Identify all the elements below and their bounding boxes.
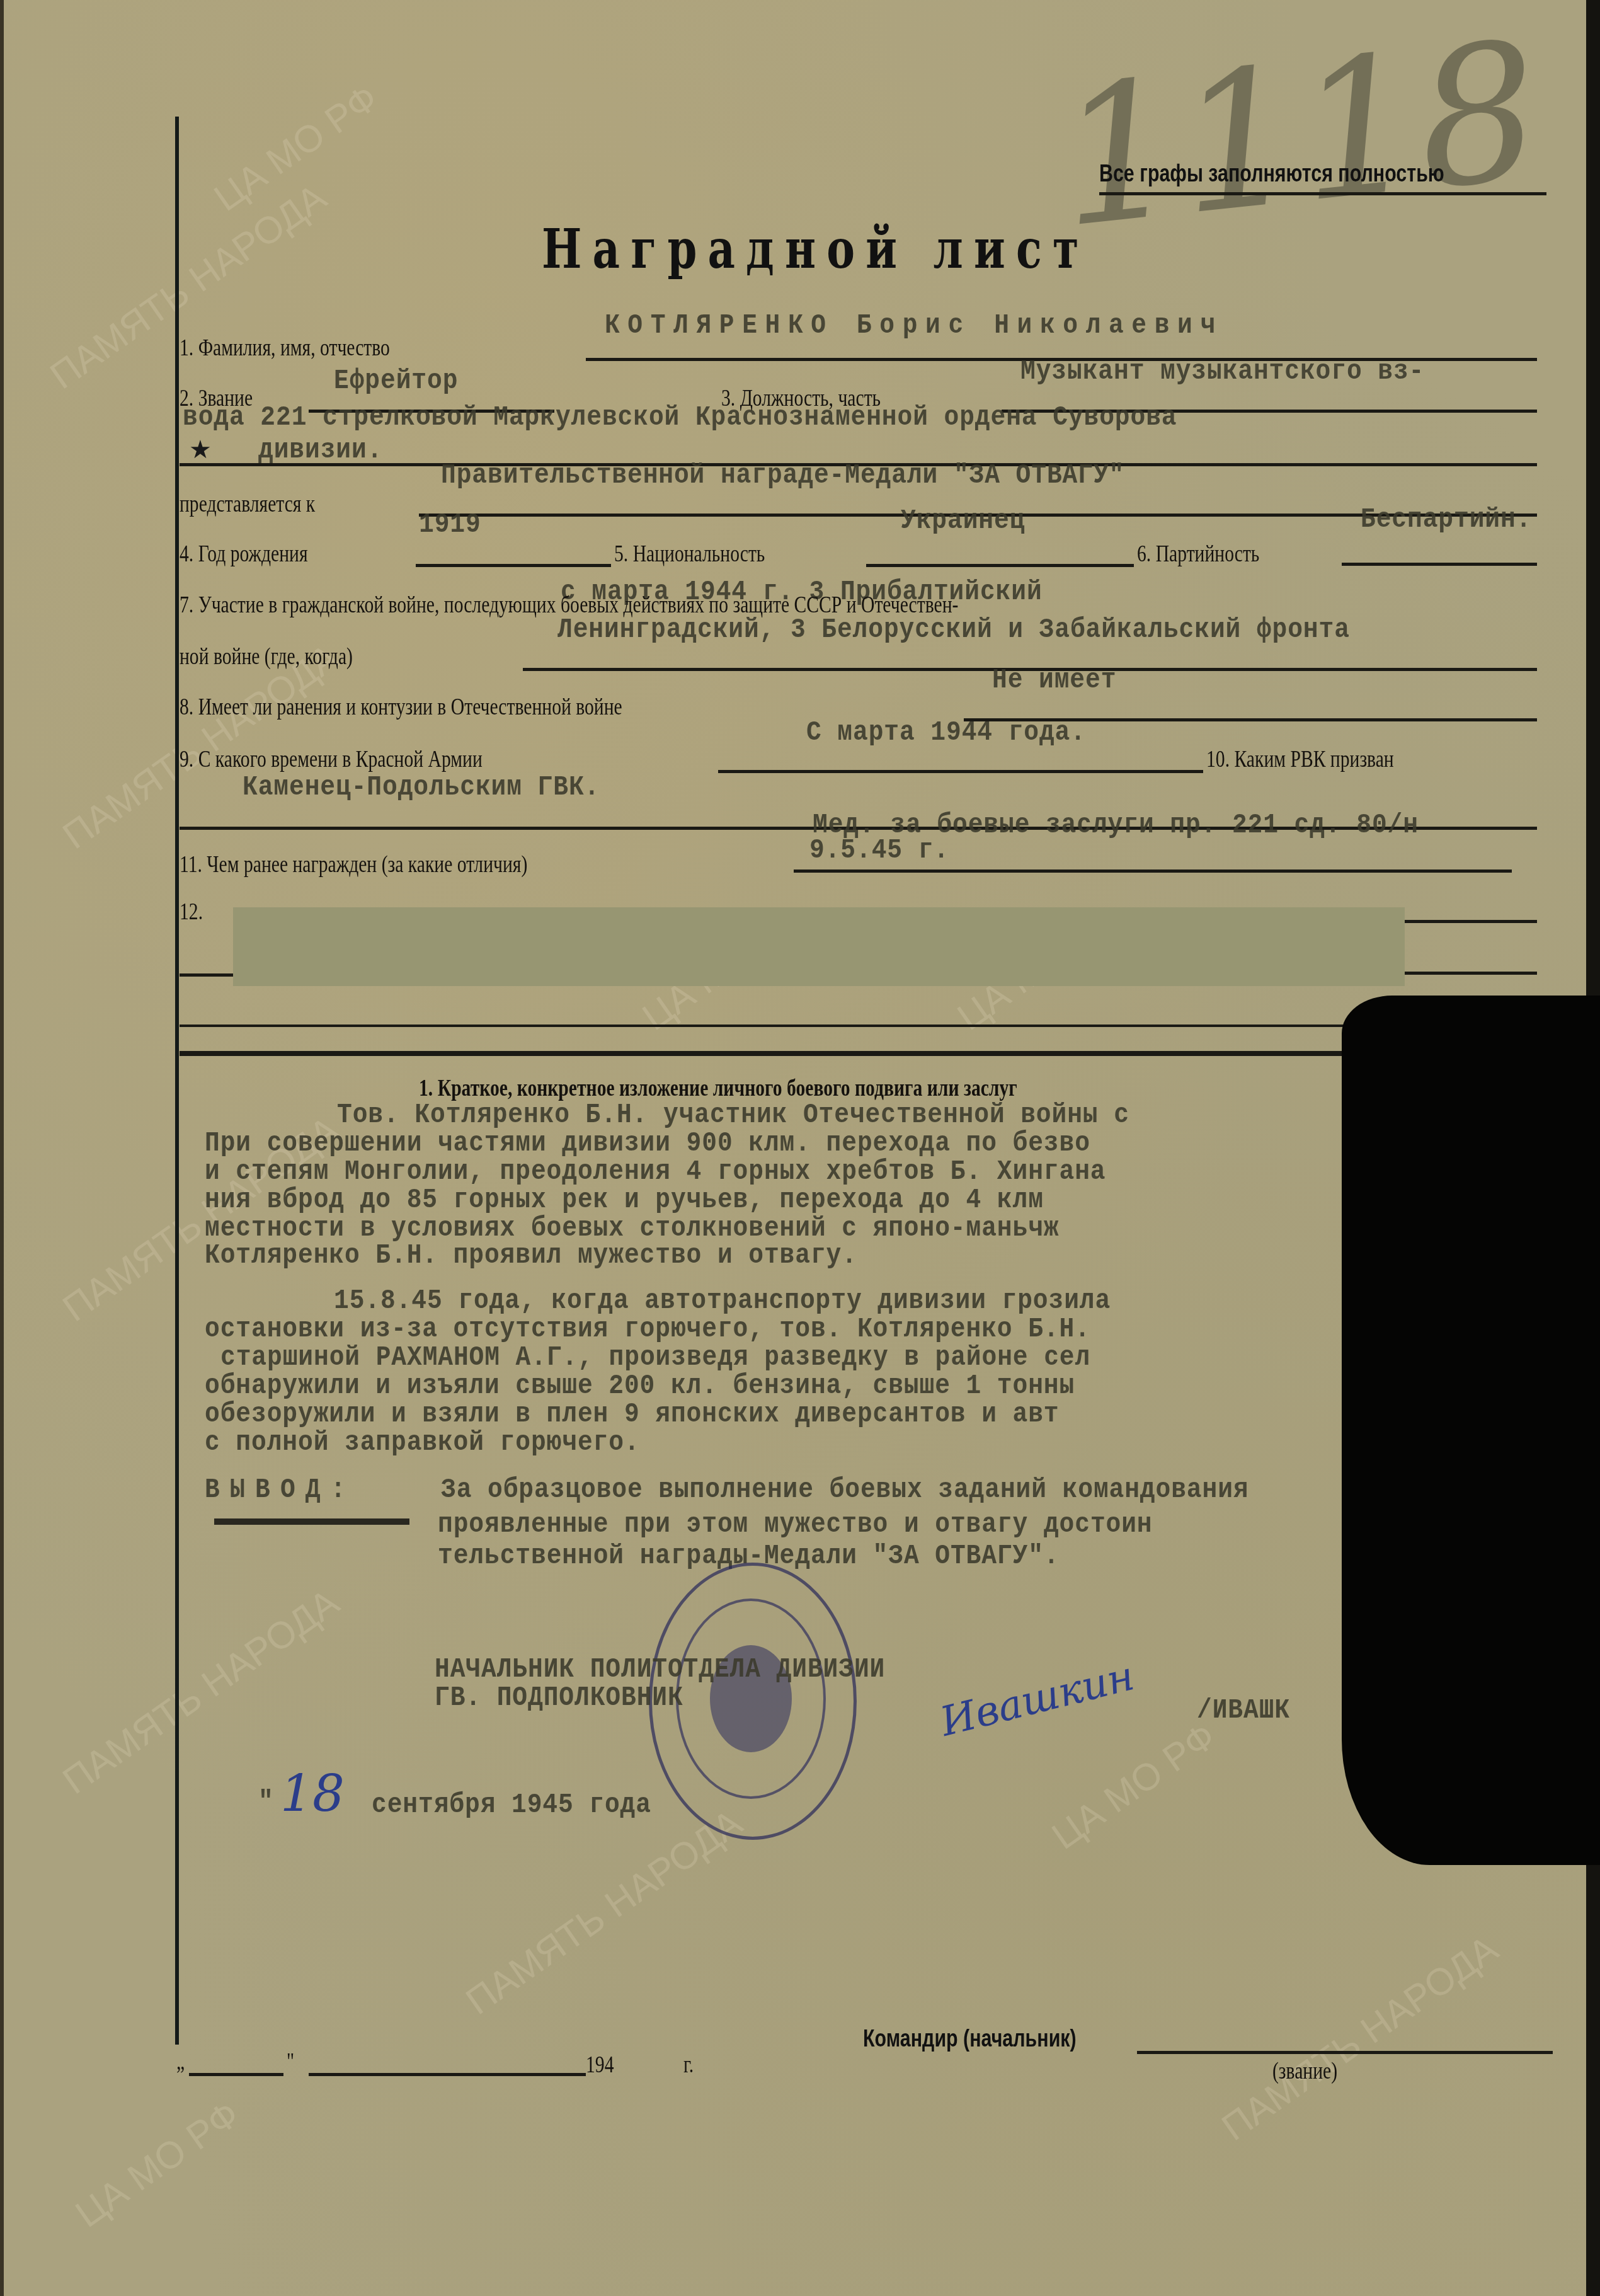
field-11-value-line2: 9.5.45 г. [809, 835, 949, 866]
section-heading: 1. Краткое, конкретное изложение личного… [419, 1074, 1017, 1102]
notice-text: Все графы заполняются полностью [1099, 161, 1444, 188]
field-1-label: 1. Фамилия, имя, отчество [180, 334, 390, 362]
field-12-line-2a [180, 973, 233, 977]
conclusion-line: проявленные при этом мужество и отвагу д… [438, 1509, 1153, 1541]
narrative-line: обезоружили и взяли в плен 9 японских ди… [205, 1399, 1060, 1430]
field-3-value-line3: дивизии. [258, 435, 382, 466]
field-8-label: 8. Имеет ли ранения и контузии в Отечест… [180, 693, 622, 721]
footer-year-prefix: 194 [586, 2051, 614, 2079]
footer-quote-open: „ [176, 2048, 185, 2075]
notice-underline [1099, 192, 1546, 195]
ink-blot-redaction [1342, 996, 1600, 1865]
signatory-name: /ИВАШК [1197, 1695, 1290, 1726]
field-4-value: 1919 [419, 509, 481, 541]
commander-rank-line [1137, 2051, 1553, 2054]
nominated-value: Правительственной награде-Медали "ЗА ОТВ… [441, 460, 1124, 491]
date-rest: сентября 1945 года [372, 1789, 651, 1821]
signature-title-line1: НАЧАЛЬНИК ПОЛИТОТДЕЛА ДИВИЗИИ [435, 1654, 885, 1685]
field-5-line [866, 564, 1134, 567]
field-4-label: 4. Год рождения [180, 540, 308, 568]
scan-edge-left [0, 0, 4, 2296]
narrative-line: обнаружили и изъяли свыше 200 кл. бензин… [205, 1370, 1075, 1402]
narrative-line: 15.8.45 года, когда автотранспорту дивиз… [334, 1285, 1111, 1317]
field-4-line [416, 564, 611, 567]
narrative-line: При совершении частями дивизии 900 клм. … [205, 1128, 1090, 1159]
conclusion-line: За образцовое выполнение боевых заданий … [441, 1474, 1249, 1506]
field-12-line [1405, 920, 1537, 923]
narrative-line: и степям Монголии, преодоления 4 горных … [205, 1156, 1106, 1188]
signature-title-line2: ГВ. ПОДПОЛКОВНИК [435, 1682, 683, 1714]
field-2-value: Ефрейтор [334, 365, 458, 397]
conclusion-underline [214, 1518, 409, 1525]
narrative-line: старшиной РАХМАНОМ А.Г., произведя разве… [220, 1342, 1090, 1374]
stamp-inner-ring [676, 1599, 826, 1799]
footer-month-line [309, 2073, 586, 2076]
commander-label: Командир (начальник) [863, 2026, 1077, 2053]
footer-day-line [189, 2073, 283, 2076]
nominated-label: представляется к [180, 490, 315, 518]
field-11-label: 11. Чем ранее награжден (за какие отличи… [180, 851, 527, 878]
footer-year-suffix: г. [683, 2051, 694, 2079]
conclusion-label: ВЫВОД: [205, 1474, 356, 1506]
separator-line [180, 1025, 1537, 1027]
margin-rule [175, 117, 179, 2045]
field-1-value: КОТЛЯРЕНКО Борис Николаевич [605, 310, 1223, 342]
field-9-value: С марта 1944 года. [806, 717, 1086, 749]
field-12-label: 12. [180, 898, 203, 926]
field-8-value: Не имеет [992, 665, 1116, 696]
field-6-value: Беспартийн. [1361, 504, 1531, 536]
field-10-value: Каменец-Подольским ГВК. [243, 772, 600, 803]
field-3-value-line2: вода 221 стрелковой Маркулевской Красноз… [183, 402, 1177, 433]
field-6-label: 6. Партийность [1137, 540, 1259, 568]
narrative-line: Тов. Котляренко Б.Н. участник Отечествен… [337, 1099, 1129, 1131]
field-7-value-line2: Ленинградский, 3 Белорусский и Забайкаль… [557, 614, 1350, 646]
narrative-line: остановки из-за отсутствия горючего, тов… [205, 1314, 1090, 1345]
redacted-block [233, 907, 1405, 986]
star-mark-icon: ★ [189, 435, 212, 464]
field-5-value: Украинец [901, 505, 1025, 537]
date-day-handwritten: 18 [280, 1764, 345, 1823]
rank-caption: (звание) [1272, 2057, 1337, 2085]
field-6-line [1342, 563, 1537, 566]
field-12-line-2b [1405, 972, 1537, 975]
field-3-value-line1: Музыкант музыкантского вз- [1020, 356, 1424, 387]
page-title: Наградной лист [542, 217, 1090, 281]
field-10-label: 10. Каким РВК призван [1206, 745, 1394, 773]
narrative-line: с полной заправкой горючего. [205, 1427, 640, 1459]
field-9-label: 9. С какого времени в Красной Армии [180, 745, 483, 773]
field-5-label: 5. Национальность [614, 540, 765, 568]
narrative-line: ния вброд до 85 горных рек и ручьев, пер… [205, 1185, 1044, 1216]
narrative-line: Котляренко Б.Н. проявил мужество и отваг… [205, 1240, 857, 1271]
footer-quote-close: " [287, 2048, 294, 2075]
date-open-quote: " [258, 1786, 274, 1818]
separator-line-thick [180, 1051, 1537, 1056]
field-7-label-line2: ной войне (где, когда) [180, 643, 353, 670]
field-9-line [718, 770, 1203, 773]
field-11-line [794, 870, 1512, 873]
